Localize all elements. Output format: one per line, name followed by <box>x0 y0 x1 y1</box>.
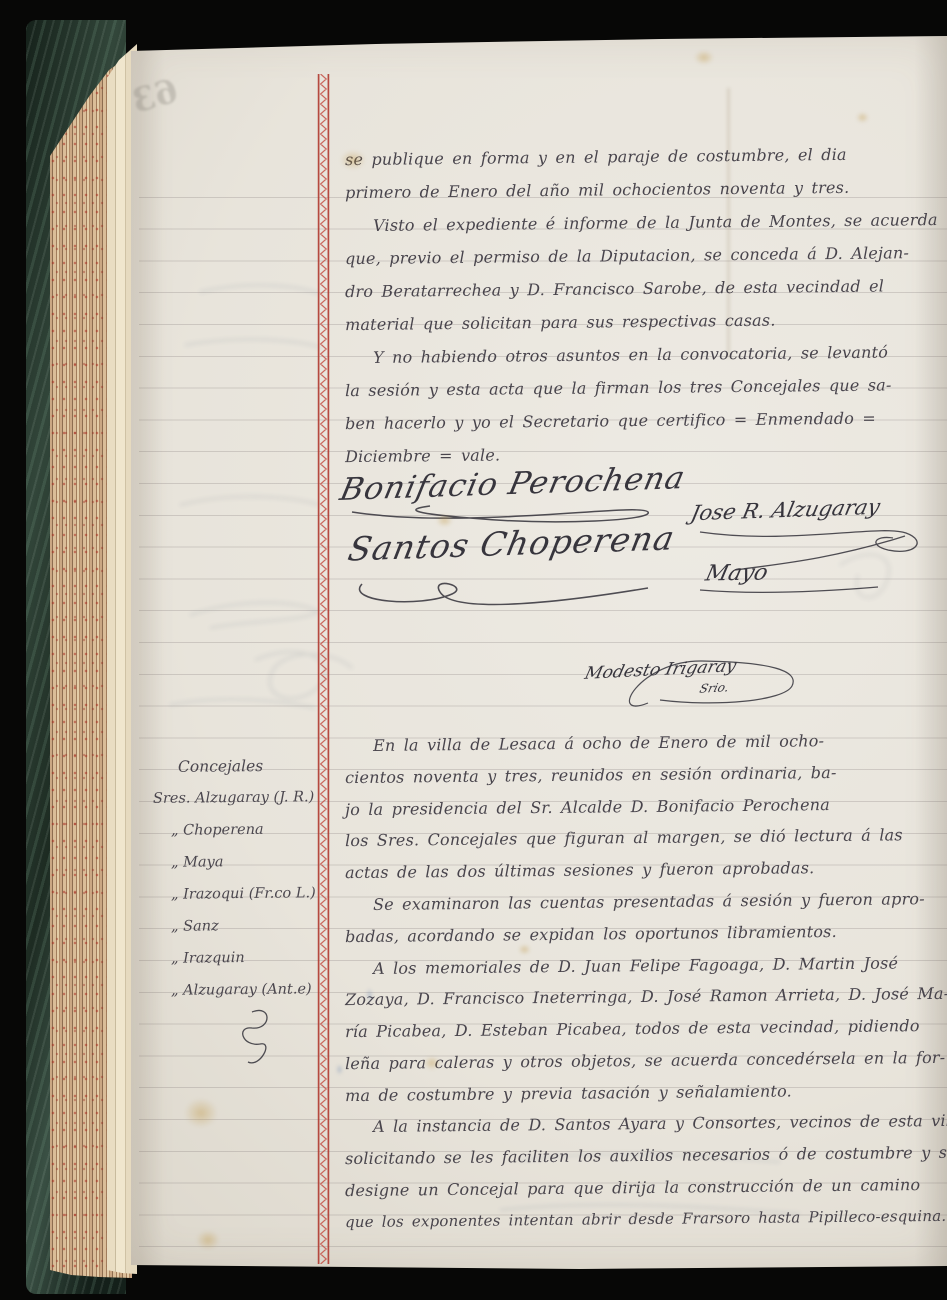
foxing-stain <box>340 150 366 170</box>
margin-note-member: „ Sanz <box>153 917 343 935</box>
margin-note-member: „ Irazoqui (Fr.co L.) <box>153 885 343 903</box>
ink-smudge <box>336 1064 343 1075</box>
foxing-stain <box>184 1098 218 1128</box>
foxing-stain <box>424 1056 440 1070</box>
book-scan: 63 se publique en forma y en el paraje d… <box>0 0 947 1300</box>
foxing-stain <box>436 514 453 527</box>
margin-note-member: „ Irazquin <box>153 949 343 967</box>
margin-rule-zigzag <box>321 74 327 1264</box>
margin-note-member: „ Maya <box>153 853 343 871</box>
foxing-stain <box>518 944 531 955</box>
margin-note-heading: Concejales <box>178 756 350 776</box>
signature-secretario-rubric: Srio. <box>698 680 730 695</box>
signature-concejal-mayo: Mayo <box>703 560 770 586</box>
ink-smudge <box>366 988 373 1002</box>
margin-note-member: „ Choperena <box>153 821 343 839</box>
margin-note-member: Sres. Alzugaray (J. R.) <box>153 789 325 807</box>
margin-rule <box>317 74 330 1264</box>
foxing-stain <box>856 112 869 123</box>
margin-note-member: „ Alzugaray (Ant.e) <box>153 981 343 999</box>
foxing-stain <box>196 1230 220 1250</box>
foxing-stain <box>694 50 714 65</box>
